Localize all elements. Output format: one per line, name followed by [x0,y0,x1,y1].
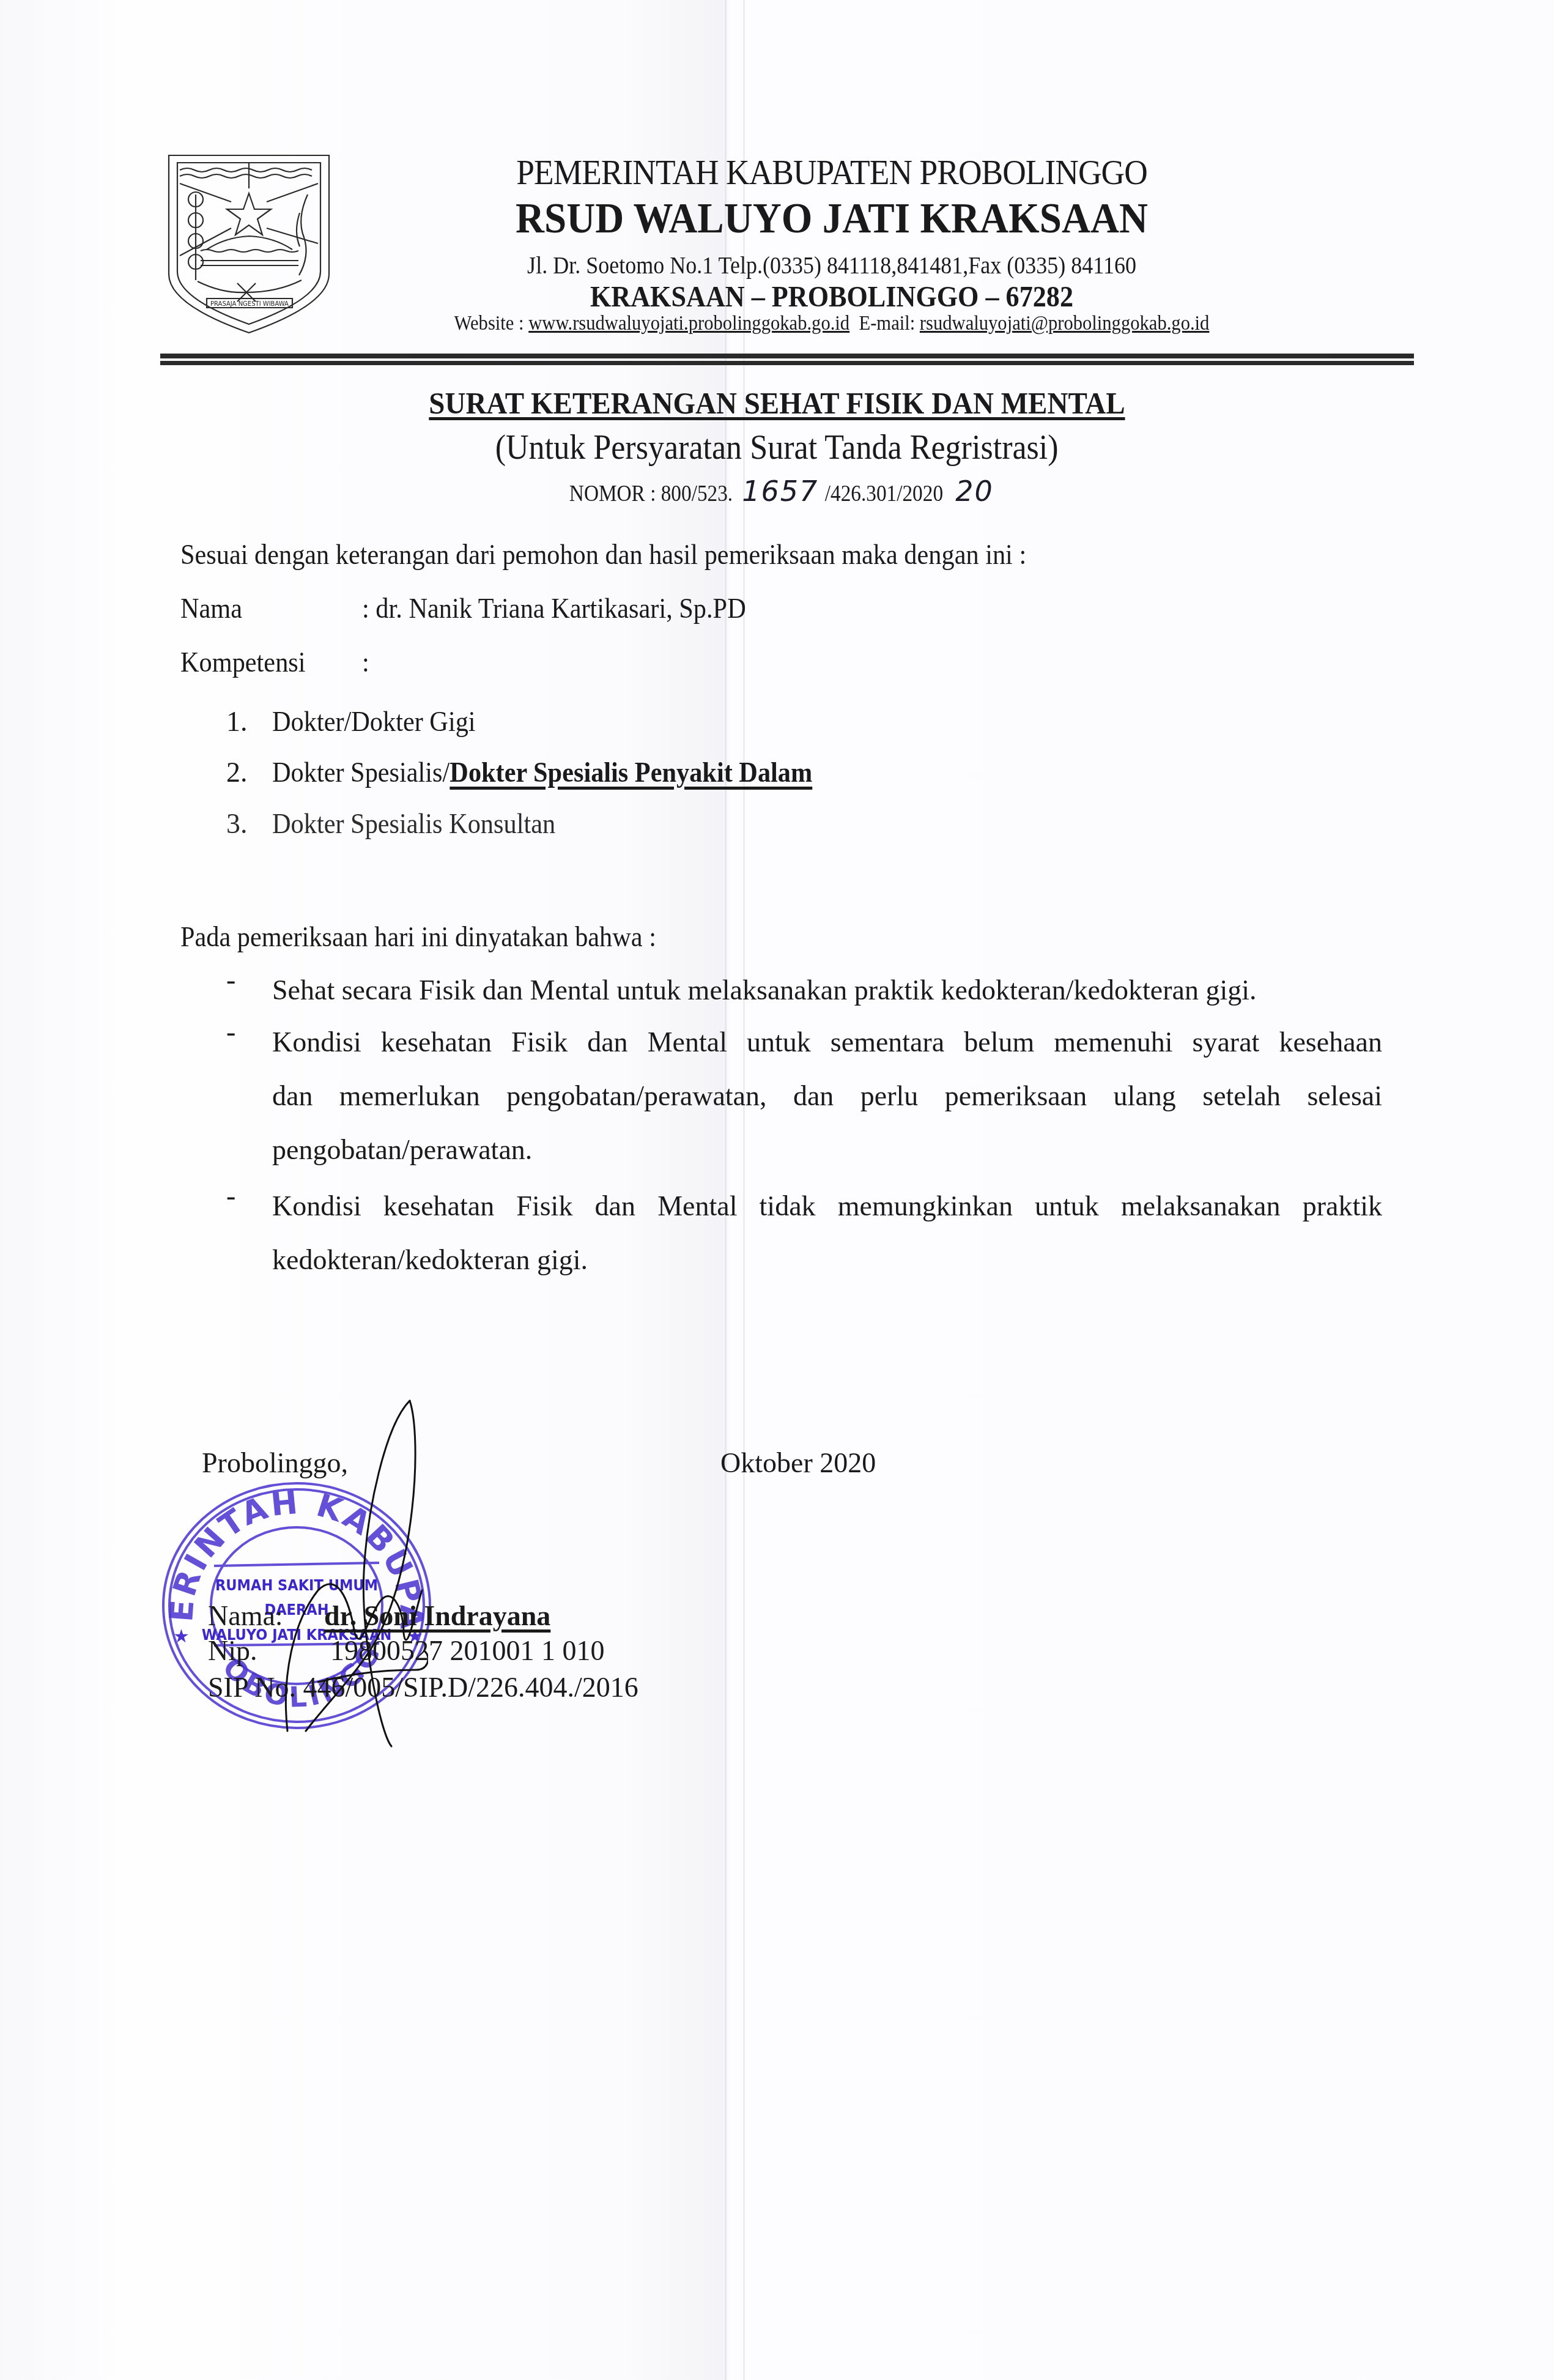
competence-item: 1.Dokter/Dokter Gigi [226,705,494,738]
competence-item: 3.Dokter Spesialis Konsultan [226,807,580,840]
competence-colon: : [362,646,370,678]
competence-item: 2.Dokter Spesialis/Dokter Spesialis Peny… [226,756,859,788]
document-number: NOMOR : 800/523.1657/426.301/2020 20 [0,475,1554,508]
website-label: Website : [454,312,524,335]
name-label: Nama [180,592,248,625]
email-link[interactable]: rsudwaluyojati@probolinggokab.go.id [920,312,1210,335]
government-name: PEMERINTAH KABUPATEN PROBOLINGGO [382,152,1282,193]
regency-coat-of-arms-icon: PRASAJA NGESTI WIBAWA [164,152,334,335]
document-title: SURAT KETERANGAN SEHAT FISIK DAN MENTAL [0,385,1554,421]
letterhead-divider [160,354,1414,358]
signer-nip: 19800527 201001 1 010 [330,1634,605,1667]
competence-selected: Dokter Spesialis Penyakit Dalam [450,757,812,788]
intro-text: Sesuai dengan keterangan dari pemohon da… [180,538,1100,571]
number-suffix: /426.301/2020 [825,481,943,507]
number-prefix: NOMOR : 800/523. [569,481,733,507]
hospital-address: Jl. Dr. Soetomo No.1 Telp.(0335) 841118,… [391,251,1272,280]
signature-date: Oktober 2020 [720,1447,876,1479]
signer-nip-label: Nip. [208,1634,257,1667]
signer-name-label: Nama: [208,1600,283,1632]
name-value: : dr. Nanik Triana Kartikasari, Sp.PD [362,592,779,625]
signer-sip: SIP No. 446/005/SIP.D/226.404./2016 [208,1671,638,1703]
hospital-city-postal: KRAKSAAN – PROBOLINGGO – 67282 [382,280,1282,314]
letterhead-divider [160,361,1414,365]
hospital-name: RSUD WALUYO JATI KRAKSAAN [377,195,1287,243]
signature-place: Probolinggo, [202,1447,348,1479]
website-link[interactable]: www.rsudwaluyojati.probolinggokab.go.id [528,312,849,335]
competence-label: Kompetensi [180,646,316,678]
number-handwritten-day: 20 [955,475,994,508]
email-label: E-mail: [859,312,915,335]
number-handwritten: 1657 [742,475,818,508]
declaration-text: Pada pemeriksaan hari ini dinyatakan bah… [180,921,698,953]
letterhead: PEMERINTAH KABUPATEN PROBOLINGGO RSUD WA… [342,0,1321,343]
svg-text:PRASAJA NGESTI WIBAWA: PRASAJA NGESTI WIBAWA [210,301,289,308]
hospital-contact: Website : www.rsudwaluyojati.probolinggo… [391,312,1272,335]
signer-name: dr. Soni Indrayana [324,1600,550,1632]
document-subtitle: (Untuk Persyaratan Surat Tanda Regristra… [0,428,1554,467]
